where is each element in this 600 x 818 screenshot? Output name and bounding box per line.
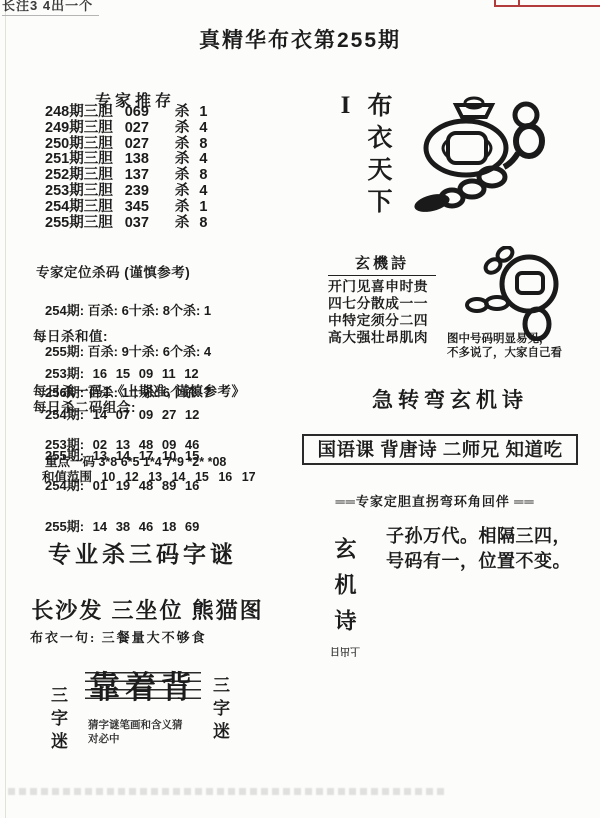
three-char-riddle-note: 猜字谜笔画和含义猜 对必中 xyxy=(88,718,183,746)
lottery-tip-sheet: 长注3 4出一个 真精华布衣第255期 专家推存 248期三胆069杀 1 24… xyxy=(0,0,600,818)
page-title: 真精华布衣第255期 xyxy=(0,24,600,54)
list-item: 254期: 百杀: 6十杀: 8个杀: 1 xyxy=(45,304,211,318)
buyi-sentence: 布衣一句: 三餐量大不够食 xyxy=(30,627,207,646)
three-char-riddle-left-label: 三字迷 xyxy=(45,686,70,776)
list-item: 253期: 02 13 48 09 46 xyxy=(45,438,199,452)
riddle-section-header: 专业杀三码字谜 xyxy=(25,536,260,569)
three-char-riddle-right-label: 三字迷 xyxy=(207,676,232,766)
three-char-riddle-answer: 靠着背 xyxy=(85,662,201,707)
cutoff-red-table-border xyxy=(494,0,600,7)
buyi-tianxia-vertical-title: 布衣天下I xyxy=(331,92,395,252)
list-item: 255期: 14 38 46 18 69 xyxy=(45,520,199,534)
scan-left-edge xyxy=(5,0,6,818)
turn-poem-boxed-line: 国语课 背唐诗 二师兄 知道吃 xyxy=(302,434,578,465)
doodle-caption: 图中号码明显易见， 不多说了，大家自己看 xyxy=(447,333,562,360)
mystic-poem2-vertical-label: 玄机诗 xyxy=(329,537,360,657)
mystic-poem-lines: 开门见喜申时贵 四七分散成一一 中特定须分二四 高大强壮昂肌肉 xyxy=(328,278,436,346)
riddle-words-line: 长沙发 三坐位 熊猫图 xyxy=(25,594,270,625)
table-row: 252期三胆137杀 8 xyxy=(45,168,211,184)
table-row: 253期三胆239杀 4 xyxy=(45,184,211,200)
sum-range-line: 和值范围 10 12 13 14 15 16 17 xyxy=(42,467,256,485)
upside-down-small-text: 上出日 xyxy=(330,645,360,660)
list-item: 253期: 16 15 09 11 12 xyxy=(45,367,199,381)
number-doodle-illustration xyxy=(463,246,573,341)
mystic-poem2-text: 子孙万代。相隔三四， 号码有一，位置不变。 xyxy=(386,524,571,573)
top-left-cutoff-note: 长注3 4出一个 xyxy=(2,0,99,16)
table-row: 254期三胆345杀 1 xyxy=(45,200,211,216)
expert-dash-line: ══专家定胆直拐弯环角回伴 ══ xyxy=(305,491,565,510)
mystic-poem-header: 玄機詩 xyxy=(328,252,436,276)
table-row: 249期三胆027杀 4 xyxy=(45,121,211,137)
turtle-doodle-illustration xyxy=(408,93,560,215)
table-row: 248期三胆069杀 1 xyxy=(45,105,211,121)
scan-bottom-smudge xyxy=(8,788,448,795)
expert-recommend-list: 248期三胆069杀 1 249期三胆027杀 4 250期三胆027杀 8 2… xyxy=(45,105,211,231)
table-row: 255期三胆037杀 8 xyxy=(45,216,211,232)
table-row: 251期三胆138杀 4 xyxy=(45,152,211,168)
mystic-poem-box: 玄機詩 开门见喜申时贵 四七分散成一一 中特定须分二四 高大强壮昂肌肉 xyxy=(328,252,436,346)
turn-poem-title: 急转弯玄机诗 xyxy=(330,384,570,414)
